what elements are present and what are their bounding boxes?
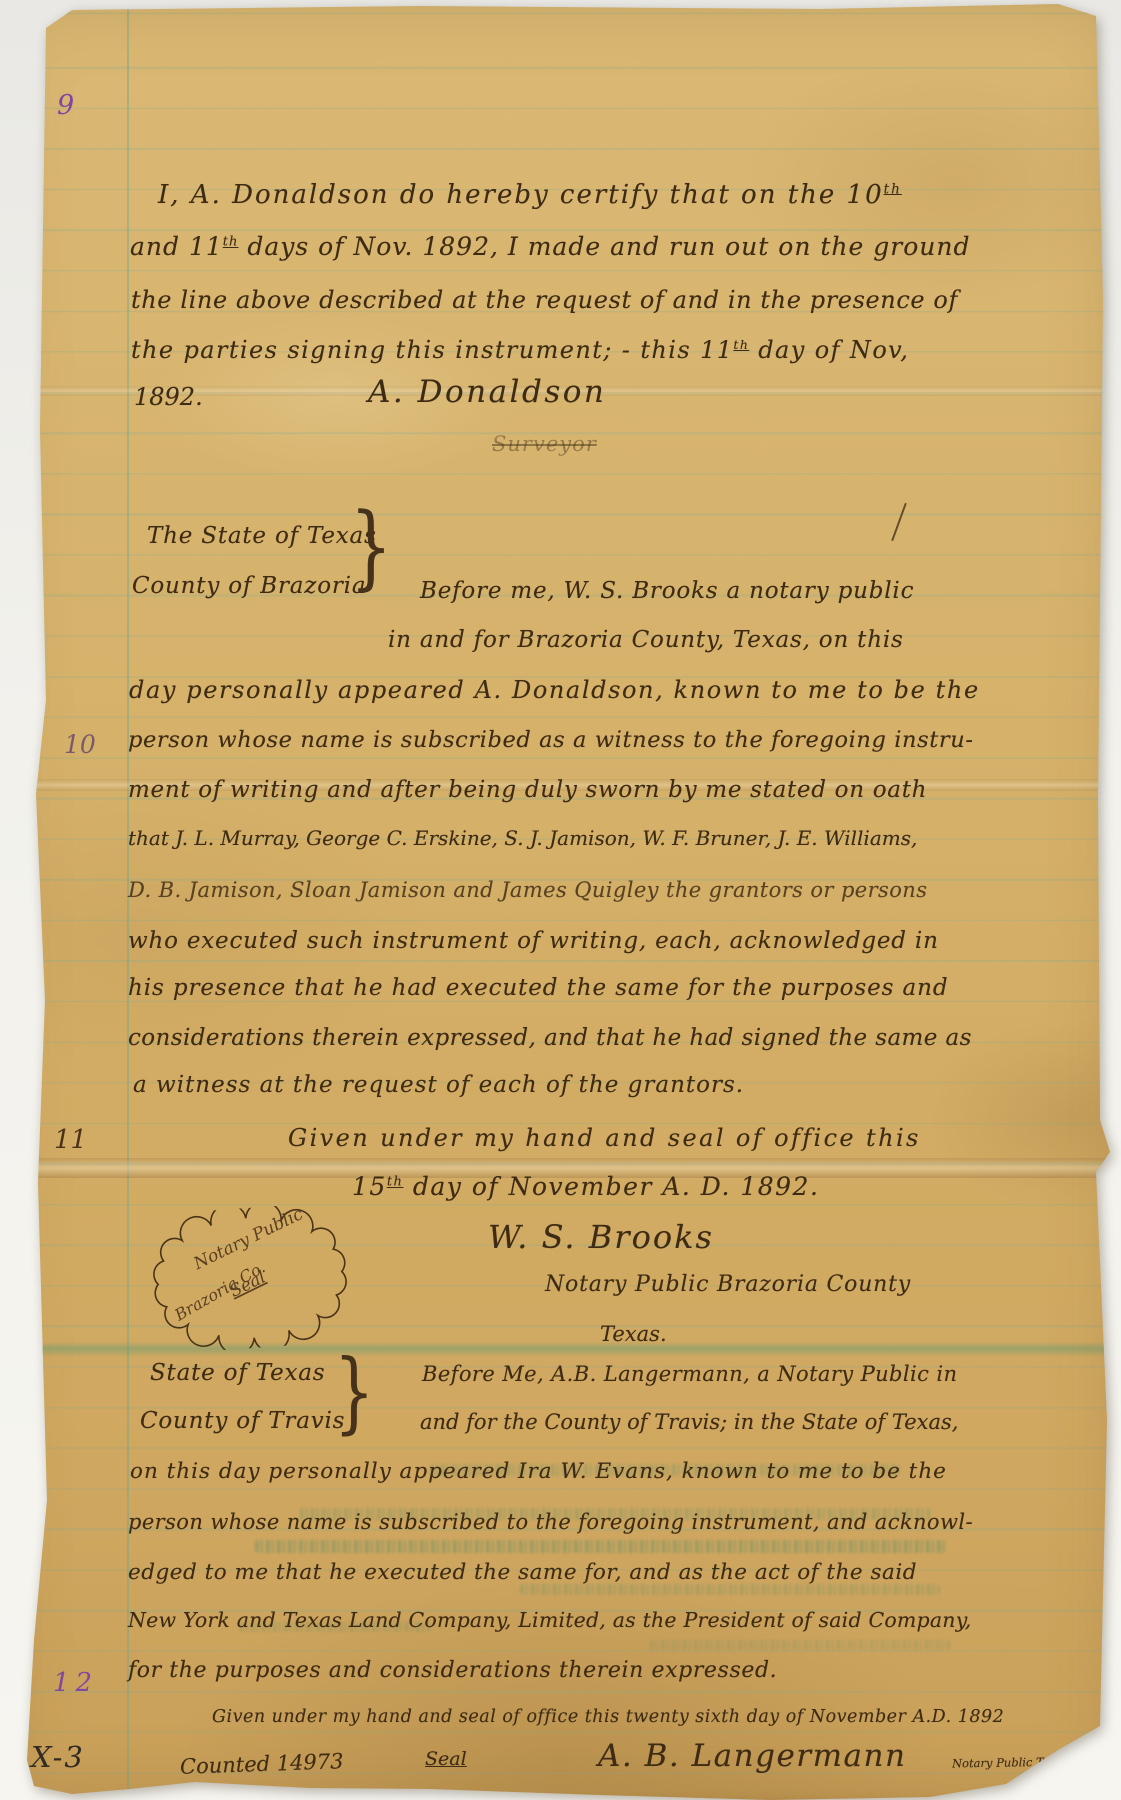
seal-scalloped-border — [149, 1201, 350, 1355]
fold-crease-3 — [0, 1158, 1121, 1178]
brazoria-line-5: that J. L. Murray, George C. Erskine, S.… — [128, 826, 917, 850]
brazoria-line-6: D. B. Jamison, Sloan Jamison and James Q… — [128, 878, 927, 902]
brazoria-line-12: 15th day of November A. D. 1892. — [352, 1172, 819, 1201]
travis-line-1: on this day personally appeared Ira W. E… — [130, 1459, 947, 1484]
brazoria-line-7: who executed such instrument of writing,… — [128, 928, 939, 954]
notary-seal-drawing: Notary Public Seal Brazoria Co. — [145, 1201, 354, 1355]
bleedthrough-smudge — [255, 1540, 945, 1553]
ruled-lines — [0, 0, 1121, 1800]
margin-number-11: 11 — [54, 1125, 87, 1155]
surveyor-note: Surveyor — [492, 432, 597, 456]
certificate-line-2: and 11th days of Nov. 1892, I made and r… — [130, 232, 970, 261]
langermann-signature: A. B. Langermann — [598, 1738, 906, 1774]
brooks-title-line-1: Notary Public Brazoria County — [545, 1272, 911, 1297]
brazoria-line-2: day personally appeared A. Donaldson, kn… — [129, 676, 980, 704]
brazoria-line-3: person whose name is subscribed as a wit… — [128, 727, 974, 753]
scanned-document-page: 9 10 11 12 X-3 I, A. Donaldson do hereby… — [0, 0, 1121, 1800]
bleedthrough-smudge — [300, 1508, 930, 1520]
margin-number-10: 10 — [64, 730, 96, 759]
brazoria-state-heading: The State of Texas — [147, 523, 377, 549]
seal-text-brazoria-co: Brazoria Co. — [170, 1258, 268, 1325]
certificate-date: 1892. — [134, 383, 203, 411]
brazoria-line-11: Given under my hand and seal of office t… — [288, 1124, 921, 1152]
brazoria-county-heading: County of Brazoria — [132, 573, 366, 599]
bleedthrough-smudge — [650, 1640, 950, 1650]
brazoria-line-8: his presence that he had executed the sa… — [128, 975, 948, 1001]
paper: 9 10 11 12 X-3 I, A. Donaldson do hereby… — [0, 0, 1121, 1800]
brazoria-line-r1: Before me, W. S. Brooks a notary public — [420, 578, 914, 604]
travis-line-2: person whose name is subscribed to the f… — [128, 1510, 973, 1534]
margin-rule-line — [127, 0, 129, 1800]
certificate-line-4: the parties signing this instrument; - t… — [131, 336, 909, 364]
brooks-title-line-2: Texas. — [600, 1322, 667, 1346]
fold-crease-1 — [0, 386, 1121, 396]
counted-annotation: Counted 14973 — [180, 1749, 344, 1779]
brazoria-line-10: a witness at the request of each of the … — [133, 1072, 744, 1098]
brazoria-brace: } — [350, 506, 392, 589]
margin-number-9: 9 — [57, 90, 74, 121]
seal-text-notary-public: Notary Public — [190, 1204, 307, 1275]
brazoria-line-1: in and for Brazoria County, Texas, on th… — [388, 627, 904, 653]
stray-pen-mark — [891, 503, 907, 541]
fold-crease-2 — [0, 779, 1121, 791]
travis-brace: } — [334, 1352, 374, 1431]
paper-shadow: 9 10 11 12 X-3 I, A. Donaldson do hereby… — [0, 0, 1121, 1800]
travis-line-r2: and for the County of Travis; in the Sta… — [420, 1410, 958, 1434]
travis-line-5: for the purposes and considerations ther… — [128, 1658, 777, 1683]
margin-label-x3: X-3 — [31, 1740, 85, 1774]
brazoria-line-9: considerations therein expressed, and th… — [128, 1025, 972, 1051]
stained-fold-crease — [0, 1342, 1121, 1357]
brooks-signature: W. S. Brooks — [488, 1218, 714, 1256]
travis-county-heading: County of Travis — [140, 1408, 345, 1434]
bleedthrough-smudge — [430, 1464, 900, 1476]
certificate-line-3: the line above described at the request … — [131, 286, 958, 314]
seal-note: Seal — [425, 1748, 467, 1770]
travis-line-6: Given under my hand and seal of office t… — [212, 1707, 1004, 1727]
certificate-line-1: I, A. Donaldson do hereby certify that o… — [158, 180, 902, 210]
travis-line-r1: Before Me, A.B. Langermann, a Notary Pub… — [422, 1362, 957, 1386]
margin-number-12: 12 — [53, 1668, 98, 1698]
brazoria-line-4: ment of writing and after being duly swo… — [128, 777, 927, 803]
travis-line-4: New York and Texas Land Company, Limited… — [128, 1608, 971, 1632]
bleedthrough-smudge — [520, 1584, 940, 1595]
travis-state-heading: State of Texas — [150, 1360, 325, 1386]
langermann-title: Notary Public Travis Co. Tex. — [952, 1754, 1121, 1771]
donaldson-signature: A. Donaldson — [368, 374, 606, 410]
seal-text-seal: Seal — [227, 1267, 269, 1301]
bleedthrough-smudge — [240, 1622, 430, 1632]
travis-line-3: edged to me that he executed the same fo… — [128, 1560, 917, 1585]
